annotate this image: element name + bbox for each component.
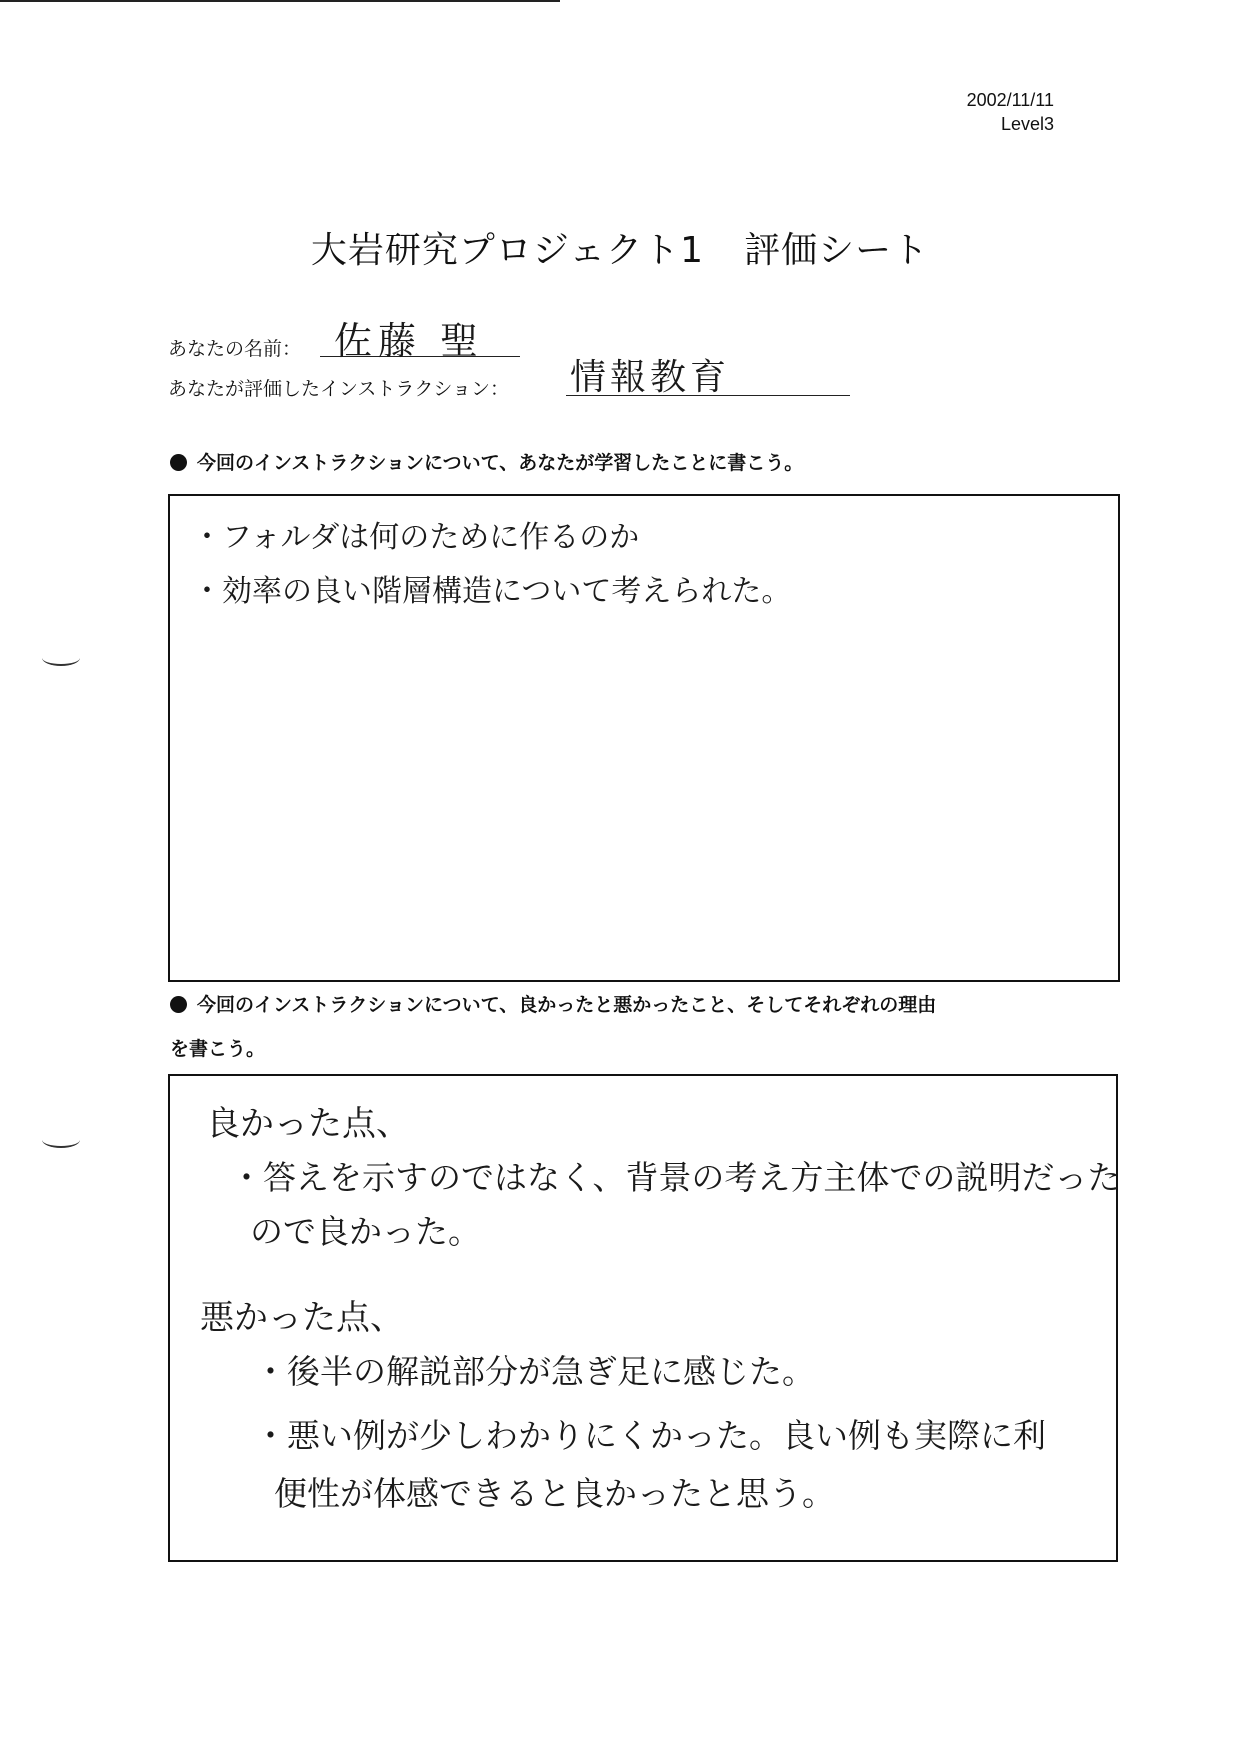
bullet-icon [170, 454, 187, 471]
instruction-label: あなたが評価したインストラクション： [168, 374, 509, 401]
name-label: あなたの名前： [168, 334, 301, 361]
name-field[interactable]: 佐藤 聖 [320, 318, 520, 357]
bad-item: ・後半の解説部分が急ぎ足に感じた。 [254, 1346, 815, 1393]
learned-answer-box[interactable]: ・フォルダは何のために作るのか ・効率の良い階層構造について考えられた。 [168, 494, 1120, 982]
bad-item: ・悪い例が少しわかりにくかった。良い例も実際に利 [254, 1410, 1046, 1457]
level-text: Level3 [967, 112, 1054, 136]
bullet-icon [170, 996, 187, 1013]
good-bad-answer-box[interactable]: 良かった点、 ・答えを示すのではなく、背景の考え方主体での説明だった ので良かっ… [168, 1074, 1118, 1562]
margin-mark [42, 650, 80, 666]
scan-edge [0, 0, 560, 2]
name-value: 佐藤 聖 [334, 310, 484, 365]
section2-prompt-line2: を書こう。 [170, 1034, 265, 1061]
answer-line: ・フォルダは何のために作るのか [192, 512, 639, 556]
good-item: ・答えを示すのではなく、背景の考え方主体での説明だった [230, 1152, 1120, 1199]
instruction-value: 情報教育 [570, 349, 730, 400]
section2-prompt-line1: 今回のインストラクションについて、良かったと悪かったこと、そしてそれぞれの理由 [197, 994, 936, 1016]
header-meta: 2002/11/11 Level3 [967, 88, 1054, 136]
date-text: 2002/11/11 [967, 88, 1054, 112]
good-heading: 良かった点、 [206, 1096, 410, 1145]
margin-mark [42, 1132, 80, 1148]
section1-heading: 今回のインストラクションについて、あなたが学習したことに書こう。 [170, 448, 803, 475]
instruction-field[interactable]: 情報教育 [566, 355, 850, 396]
title-main: 大岩研究プロジェクト1 [311, 230, 704, 271]
section1-prompt: 今回のインストラクションについて、あなたが学習したことに書こう。 [197, 452, 803, 474]
answer-line: ・効率の良い階層構造について考えられた。 [192, 566, 791, 610]
bad-heading: 悪かった点、 [200, 1290, 404, 1339]
bad-item: 便性が体感できると良かったと思う。 [274, 1468, 835, 1515]
page-title: 大岩研究プロジェクト1評価シート [0, 222, 1240, 273]
section2-heading: 今回のインストラクションについて、良かったと悪かったこと、そしてそれぞれの理由 [170, 990, 936, 1017]
good-item: ので良かった。 [250, 1206, 481, 1253]
title-sub: 評価シート [744, 230, 929, 271]
